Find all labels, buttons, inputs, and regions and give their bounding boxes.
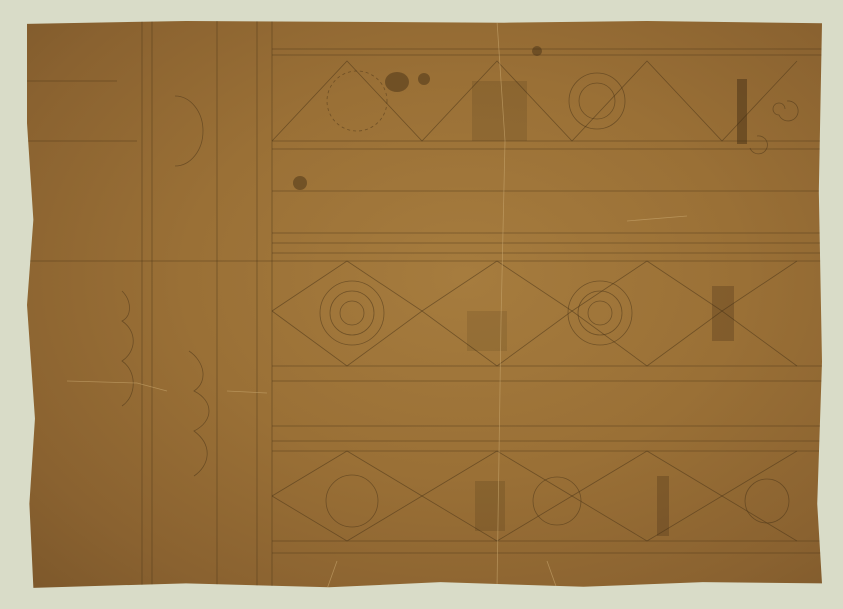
architectural-drawing	[27, 21, 822, 589]
drawing-sheet	[27, 21, 822, 589]
